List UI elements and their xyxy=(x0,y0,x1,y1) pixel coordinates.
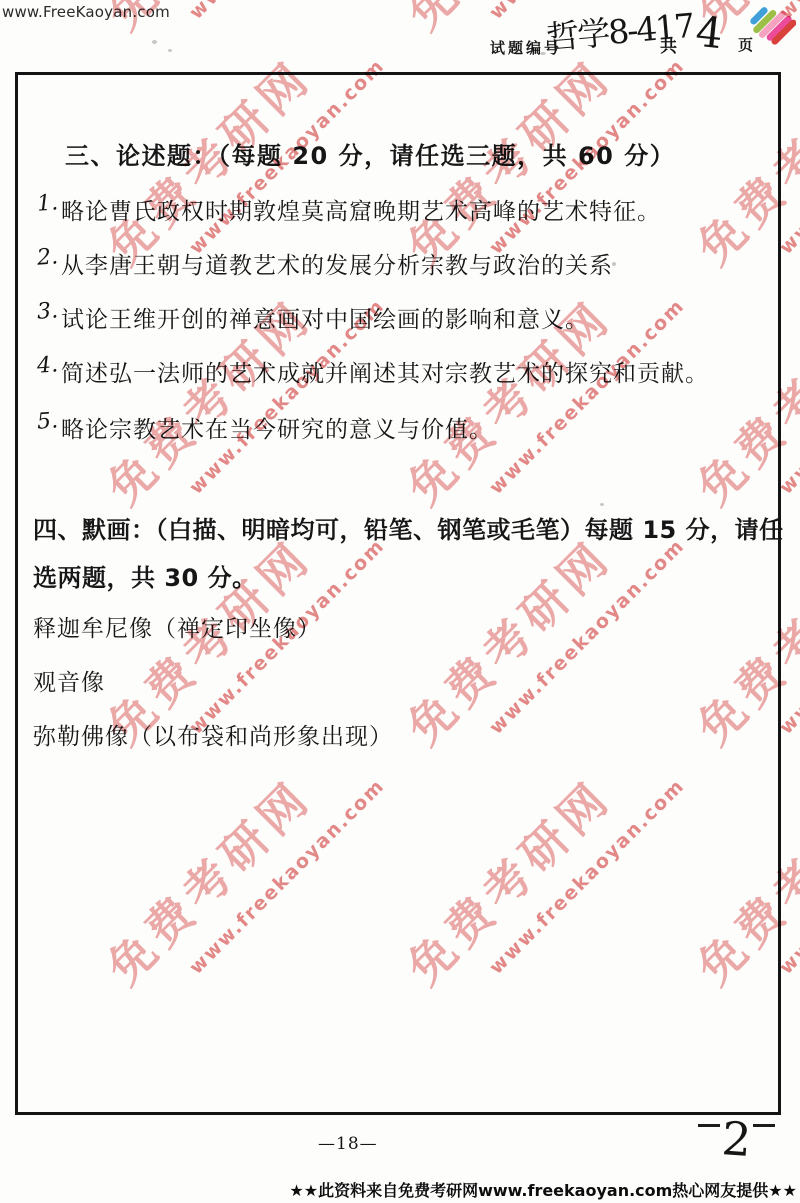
drawing-subject: 释迦牟尼像（禅定印坐像） xyxy=(33,610,321,643)
essay-item: 5. 略论宗教艺术在当今研究的意义与价值。 xyxy=(61,411,493,444)
site-url: www.FreeKaoyan.com xyxy=(2,3,170,21)
handwritten-dash xyxy=(753,1124,775,1127)
content-frame xyxy=(15,72,781,1115)
section4-heading-line2: 选两题，共 30 分。 xyxy=(33,558,257,593)
total-pages-label: 共 xyxy=(660,32,677,57)
scan-speck xyxy=(600,503,604,506)
handwritten-item-number: 4. xyxy=(36,352,59,378)
drawing-subject: 弥勒佛像（以布袋和尚形象出现） xyxy=(33,718,393,751)
scan-speck xyxy=(168,49,172,52)
handwritten-item-number: 1. xyxy=(36,190,59,216)
scan-speck xyxy=(612,262,616,266)
printed-page-number: —18— xyxy=(318,1134,378,1154)
handwritten-page-number: 2 xyxy=(698,1112,775,1166)
freekaoyan-logo-icon xyxy=(746,1,796,45)
essay-item: 2. 从李唐王朝与道教艺术的发展分析宗教与政治的关系 xyxy=(61,247,613,280)
essay-item-text: 试论王维开创的禅意画对中国绘画的影响和意义。 xyxy=(61,307,589,333)
handwritten-item-number: 3. xyxy=(36,298,59,324)
essay-item: 1. 略论曹氏政权时期敦煌莫高窟晚期艺术高峰的艺术特征。 xyxy=(61,193,661,226)
total-pages-handwritten: 4 xyxy=(694,7,726,59)
essay-item-text: 略论宗教艺术在当今研究的意义与价值。 xyxy=(61,417,493,443)
section3-heading: 三、论述题：（每题 20 分，请任选三题，共 60 分） xyxy=(65,136,675,171)
handwritten-item-number: 2. xyxy=(36,244,59,270)
essay-item: 4. 简述弘一法师的艺术成就并阐述其对宗教艺术的探究和贡献。 xyxy=(61,355,709,388)
essay-item: 3. 试论王维开创的禅意画对中国绘画的影响和意义。 xyxy=(61,301,589,334)
scan-speck xyxy=(152,40,157,44)
essay-item-text: 简述弘一法师的艺术成就并阐述其对宗教艺术的探究和贡献。 xyxy=(61,361,709,387)
section4-heading-line1: 四、默画：（白描、明暗均可，铅笔、钢笔或毛笔）每题 15 分，请任 xyxy=(33,510,784,545)
handwritten-dash xyxy=(698,1124,720,1127)
handwritten-item-number: 5. xyxy=(36,408,59,434)
credit-line: ★★此资料来自免费考研网www.freekaoyan.com热心网友提供★★ xyxy=(289,1178,797,1201)
essay-item-text: 略论曹氏政权时期敦煌莫高窟晚期艺术高峰的艺术特征。 xyxy=(61,199,661,225)
drawing-subject: 观音像 xyxy=(33,664,105,697)
essay-item-text: 从李唐王朝与道教艺术的发展分析宗教与政治的关系 xyxy=(61,253,613,279)
scan-speck xyxy=(540,52,546,55)
